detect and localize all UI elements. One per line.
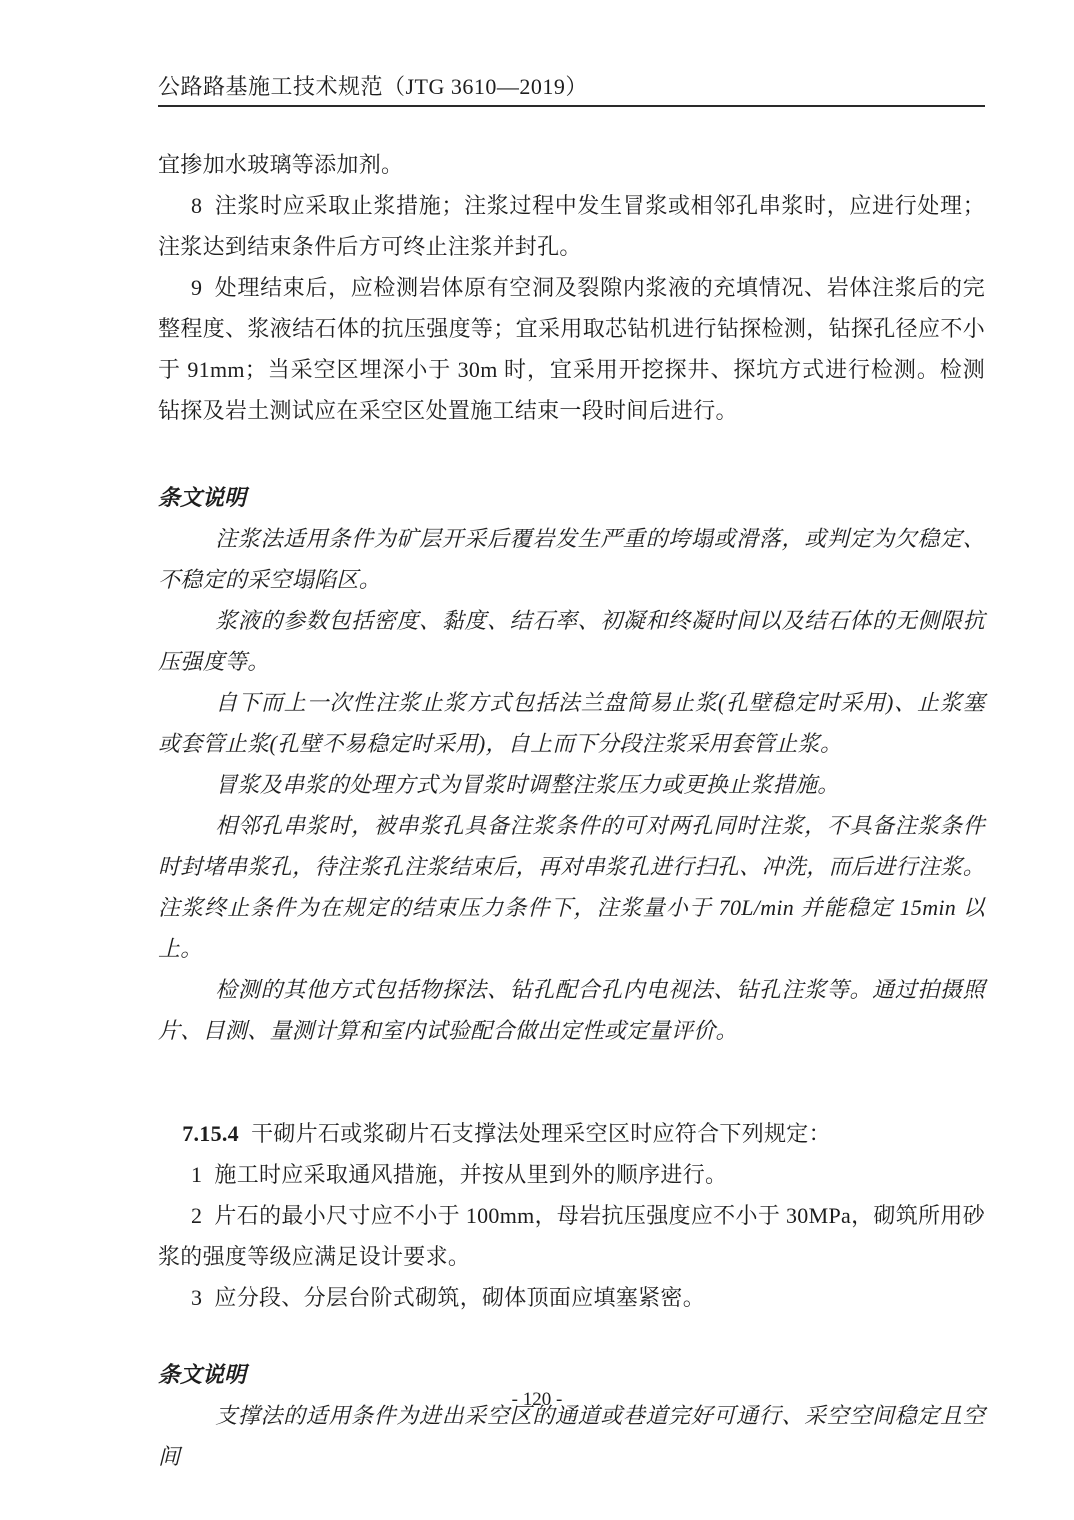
clause-subitem-3: 3应分段、分层台阶式砌筑，砌体顶面应填塞紧密。 (158, 1277, 985, 1318)
clause-item-number: 2 (191, 1203, 202, 1228)
clause-item-9: 9处理结束后，应检测岩体原有空洞及裂隙内浆液的充填情况、岩体注浆后的完整程度、浆… (158, 267, 985, 431)
commentary-paragraph: 浆液的参数包括密度、黏度、结石率、初凝和终凝时间以及结石体的无侧限抗压强度等。 (158, 600, 985, 682)
clause-number: 7.15.4 (182, 1121, 239, 1146)
page-header: 公路路基施工技术规范（JTG 3610—2019） (158, 74, 985, 107)
clause-heading-7-15-4: 7.15.4干砌片石或浆砌片石支撑法处理采空区时应符合下列规定： (158, 1113, 985, 1154)
clause-item-number: 3 (191, 1285, 202, 1310)
header-rule (158, 105, 985, 107)
clause-title: 干砌片石或浆砌片石支撑法处理采空区时应符合下列规定： (251, 1121, 831, 1146)
clause-item-8: 8注浆时应采取止浆措施；注浆过程中发生冒浆或相邻孔串浆时，应进行处理；注浆达到结… (158, 185, 985, 267)
page-number: - 120 - (0, 1388, 1074, 1412)
clause-item-text: 应分段、分层台阶式砌筑，砌体顶面应填塞紧密。 (214, 1285, 705, 1310)
commentary-paragraph: 冒浆及串浆的处理方式为冒浆时调整注浆压力或更换止浆措施。 (158, 764, 985, 805)
clause-item-text: 施工时应采取通风措施，并按从里到外的顺序进行。 (214, 1162, 727, 1187)
clause-item-number: 8 (191, 193, 202, 218)
commentary-heading-1: 条文说明 (158, 477, 985, 518)
clause-subitem-2: 2片石的最小尺寸应不小于 100mm，母岩抗压强度应不小于 30MPa，砌筑所用… (158, 1195, 985, 1277)
page-content: 公路路基施工技术规范（JTG 3610—2019） 宜掺加水玻璃等添加剂。 8注… (158, 0, 985, 1477)
clause-item-text: 注浆时应采取止浆措施；注浆过程中发生冒浆或相邻孔串浆时，应进行处理；注浆达到结束… (158, 193, 985, 259)
clause-item-text: 处理结束后，应检测岩体原有空洞及裂隙内浆液的充填情况、岩体注浆后的完整程度、浆液… (158, 275, 985, 423)
paragraph-continuation: 宜掺加水玻璃等添加剂。 (158, 144, 985, 185)
clause-subitem-1: 1施工时应采取通风措施，并按从里到外的顺序进行。 (158, 1154, 985, 1195)
commentary-paragraph: 检测的其他方式包括物探法、钻孔配合孔内电视法、钻孔注浆等。通过拍摄照片、目测、量… (158, 969, 985, 1051)
page-body: 宜掺加水玻璃等添加剂。 8注浆时应采取止浆措施；注浆过程中发生冒浆或相邻孔串浆时… (158, 144, 985, 1477)
clause-item-number: 1 (191, 1162, 202, 1187)
clause-item-text: 片石的最小尺寸应不小于 100mm，母岩抗压强度应不小于 30MPa，砌筑所用砂… (158, 1203, 985, 1269)
running-header-title: 公路路基施工技术规范（JTG 3610—2019） (158, 74, 985, 100)
document-page: 公路路基施工技术规范（JTG 3610—2019） 宜掺加水玻璃等添加剂。 8注… (0, 0, 1074, 1520)
clause-item-number: 9 (191, 275, 202, 300)
commentary-paragraph: 相邻孔串浆时，被串浆孔具备注浆条件的可对两孔同时注浆，不具备注浆条件时封堵串浆孔… (158, 805, 985, 969)
commentary-paragraph: 自下而上一次性注浆止浆方式包括法兰盘简易止浆(孔壁稳定时采用)、止浆塞或套管止浆… (158, 682, 985, 764)
commentary-paragraph: 注浆法适用条件为矿层开采后覆岩发生严重的垮塌或滑落，或判定为欠稳定、不稳定的采空… (158, 518, 985, 600)
